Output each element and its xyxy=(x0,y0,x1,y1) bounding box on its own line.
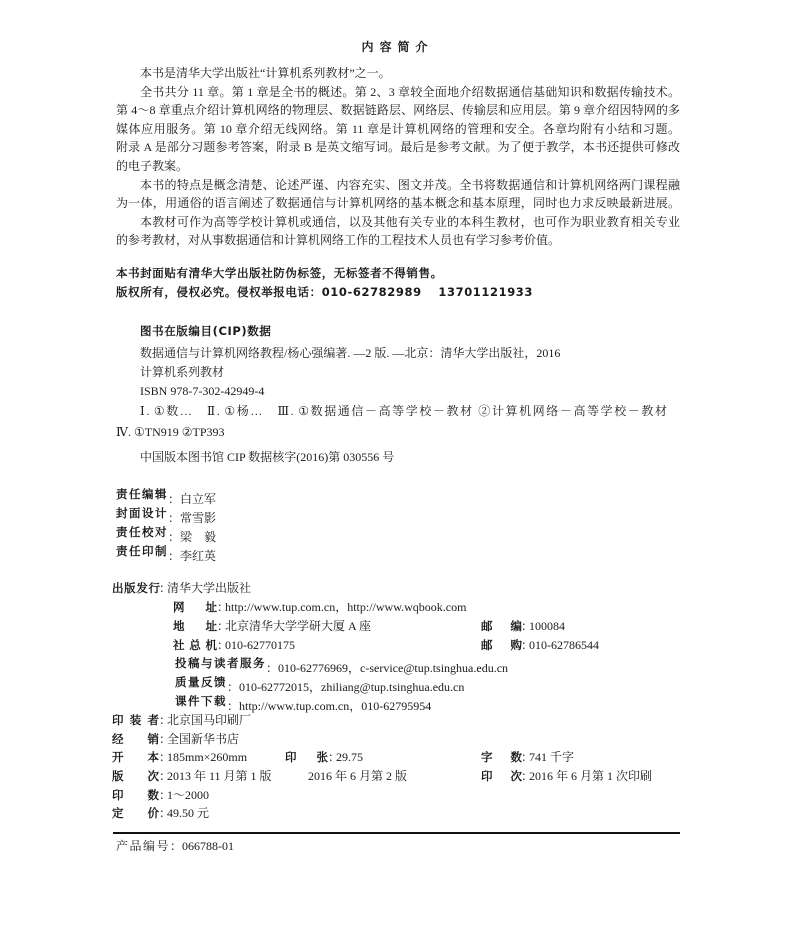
edition-value-second: 2016 年 6 月第 2 版 xyxy=(308,767,407,785)
courseware-label: 课件下载 xyxy=(175,692,227,710)
intro-line: 本书是清华大学出版社“计算机系列教材”之一。 xyxy=(140,64,391,82)
intro-line: 为一体，用通俗的语言阐述了数据通信与计算机网络的基本概念和基本原理，同时也力求反… xyxy=(116,194,680,212)
website-value[interactable]: http://www.tup.com.cn，http://www.wqbook.… xyxy=(225,598,466,616)
word-count-label: 字数 xyxy=(481,748,522,766)
staff-value: 李红英 xyxy=(180,549,216,563)
anti-counterfeit-notice: 本书封面贴有清华大学出版社防伪标签，无标签者不得销售。 xyxy=(116,264,443,282)
printer-label: 印装者 xyxy=(112,711,159,729)
printing-label: 印次 xyxy=(481,767,522,785)
cip-series: 计算机系列教材 xyxy=(140,363,224,381)
product-code-row: 产品编号：066788-01 xyxy=(116,837,234,855)
divider-rule xyxy=(113,832,680,834)
cip-isbn: ISBN 978-7-302-42949-4 xyxy=(140,382,264,400)
switchboard-row: 社总机 ： 010-62770175 邮购 ： 010-62786544 xyxy=(0,636,795,654)
page-title: 内容简介 xyxy=(0,38,795,56)
distributor-label: 经销 xyxy=(112,730,159,748)
price-label: 定价 xyxy=(112,804,159,822)
submissions-row: 投稿与读者服务：010-62776969，c-service@tup.tsing… xyxy=(175,654,508,672)
cip-classification-line1: Ⅰ. ①数… Ⅱ. ①杨… Ⅲ. ①数据通信－高等学校－教材 ②计算机网络－高等… xyxy=(140,402,667,420)
publisher-label: 出版发行 xyxy=(112,579,160,597)
staff-row-print-supervisor: 责任印制：李红英 xyxy=(116,542,216,560)
intro-line: 第 4～8 章重点介绍计算机网络的物理层、数据链路层、网络层、传输层和应用层。第… xyxy=(116,101,680,119)
printing-value: 2016 年 6 月第 1 次印刷 xyxy=(529,767,652,785)
quality-feedback-row: 质量反馈：010-62772015，zhiliang@tup.tsinghua.… xyxy=(175,673,464,691)
product-code-label: 产品编号 xyxy=(116,839,170,853)
staff-row-proofreader: 责任校对：梁 毅 xyxy=(116,523,216,541)
edition-label: 版次 xyxy=(112,767,159,785)
distributor-row: 经销 ： 全国新华书店 xyxy=(0,730,795,748)
printer-value: 北京国马印刷厂 xyxy=(167,711,251,729)
format-row: 开本 ： 185mm×260mm 印张 ： 29.75 字数 ： 741 千字 xyxy=(0,748,795,766)
postcode-value: 100084 xyxy=(529,617,565,635)
price-row: 定价 ： 49.50 元 xyxy=(0,804,795,822)
cip-classification-line2: Ⅳ. ①TN919 ②TP393 xyxy=(116,423,225,441)
intro-line: 的电子教案。 xyxy=(116,157,188,175)
quality-feedback-label: 质量反馈 xyxy=(175,673,227,691)
staff-label: 责任印制 xyxy=(116,542,168,560)
print-run-value: 1～2000 xyxy=(167,786,209,804)
website-row: 网址 ： http://www.tup.com.cn，http://www.wq… xyxy=(0,598,795,616)
mail-order-label: 邮购 xyxy=(481,636,522,654)
format-value: 185mm×260mm xyxy=(167,748,247,766)
address-label: 地址 xyxy=(173,617,217,635)
address-value: 北京清华大学学研大厦 A 座 xyxy=(225,617,371,635)
intro-line: 本教材可作为高等学校计算机或通信，以及其他有关专业的本科生教材，也可作为职业教育… xyxy=(140,213,680,231)
intro-line: 全书共分 11 章。第 1 章是全书的概述。第 2、3 章较全面地介绍数据通信基… xyxy=(140,83,680,101)
cip-heading: 图书在版编目(CIP)数据 xyxy=(140,322,271,340)
courseware-row: 课件下载：http://www.tup.com.cn，010-62795954 xyxy=(175,692,431,710)
intro-line: 媒体应用服务。第 10 章介绍无线网络。第 11 章是计算机网络的管理和安全。各… xyxy=(116,120,680,138)
switchboard-value: 010-62770175 xyxy=(225,636,295,654)
copyright-notice: 版权所有，侵权必究。侵权举报电话：010-62782989 1370112193… xyxy=(116,283,533,301)
cip-record-line: 数据通信与计算机网络教程/杨心强编著. —2 版. —北京：清华大学出版社，20… xyxy=(140,344,560,362)
sheets-label: 印张 xyxy=(285,748,328,766)
cip-number: 中国版本图书馆 CIP 数据核字(2016)第 030556 号 xyxy=(140,448,394,466)
staff-label: 责任校对 xyxy=(116,523,168,541)
publisher-value: 清华大学出版社 xyxy=(167,579,251,597)
switchboard-label: 社总机 xyxy=(173,636,217,654)
print-run-row: 印数 ： 1～2000 xyxy=(0,786,795,804)
staff-label: 责任编辑 xyxy=(116,485,168,503)
mail-order-value: 010-62786544 xyxy=(529,636,599,654)
edition-value: 2013 年 11 月第 1 版 xyxy=(167,767,272,785)
distributor-value: 全国新华书店 xyxy=(167,730,239,748)
colon: ： xyxy=(170,839,182,853)
format-label: 开本 xyxy=(112,748,159,766)
address-row: 地址 ： 北京清华大学学研大厦 A 座 邮编 ： 100084 xyxy=(0,617,795,635)
sheets-value: 29.75 xyxy=(336,748,363,766)
website-label: 网址 xyxy=(173,598,217,616)
intro-line: 附录 A 是部分习题参考答案，附录 B 是英文缩写词。最后是参考文献。为了便于教… xyxy=(116,138,680,156)
intro-line: 本书的特点是概念清楚、论述严谨、内容充实、图文并茂。全书将数据通信和计算机网络两… xyxy=(140,176,680,194)
product-code-value: 066788-01 xyxy=(182,839,234,853)
publisher-row: 出版发行 ： 清华大学出版社 xyxy=(0,579,795,597)
submissions-label: 投稿与读者服务 xyxy=(175,654,266,672)
printer-row: 印装者 ： 北京国马印刷厂 xyxy=(0,711,795,729)
price-value: 49.50 元 xyxy=(167,804,209,822)
edition-row: 版次 ： 2013 年 11 月第 1 版 2016 年 6 月第 2 版 印次… xyxy=(0,767,795,785)
print-run-label: 印数 xyxy=(112,786,159,804)
staff-label: 封面设计 xyxy=(116,504,168,522)
intro-line: 的参考教材，对从事数据通信和计算机网络工作的工程技术人员也有学习参考价值。 xyxy=(116,231,560,249)
colon: ： xyxy=(168,549,180,563)
word-count-value: 741 千字 xyxy=(529,748,574,766)
staff-row-cover-design: 封面设计：常雪影 xyxy=(116,504,216,522)
staff-row-editor: 责任编辑：白立军 xyxy=(116,485,216,503)
postcode-label: 邮编 xyxy=(481,617,522,635)
